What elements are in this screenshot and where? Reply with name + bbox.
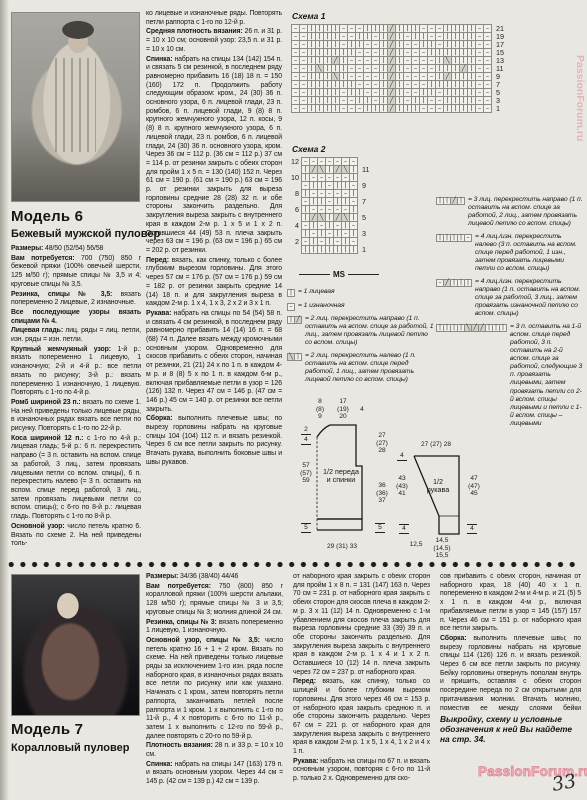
- para-text: набрать на спицы 134 (142) 154 п. и связ…: [146, 56, 282, 254]
- para-text: ко лицевые и изнаночные ряды. Повторять …: [146, 10, 282, 26]
- side-watermark: PassionForum.ru: [574, 55, 586, 141]
- para-label: Рукава:: [146, 310, 171, 317]
- legend-symbol: ╲|: [288, 353, 302, 361]
- chart-cell: |: [464, 279, 472, 287]
- sleeve-bottom-right-measure: 14,5 (14,5) 15,5: [430, 537, 454, 560]
- legend-item: ||||╲╱╱|||= 3 п. оставить на 1-й вспом. …: [437, 323, 584, 428]
- para-text: вязать, как спинку, только с более глубо…: [146, 257, 282, 308]
- schema1-title: Схема 1: [292, 11, 326, 21]
- model6-column-2: ко лицевые и изнаночные ряды. Повторять …: [146, 10, 282, 472]
- legend-item: –╱|||= 4 лиц./изн. перекрестить направо …: [437, 278, 584, 318]
- para-label: Основной узор, спицы № 3,5:: [146, 637, 260, 644]
- para-label: Перед:: [146, 257, 169, 264]
- para-label: Средняя плотность вязания:: [146, 28, 243, 35]
- chart-cell: |: [294, 353, 302, 361]
- legend-symbol: |╱: [288, 316, 302, 324]
- para-text: число петель кратно 16 + 1 + 2 кром. Вяз…: [146, 637, 283, 740]
- legend-text: = 2 лиц. перекрестить направо (1 п. оста…: [305, 315, 434, 347]
- sleeve-left-top-measure: 4: [397, 452, 407, 461]
- front-right-top-measure: 27 (27) 28: [372, 432, 392, 455]
- chart-row: |||||||1: [288, 245, 369, 254]
- model7-column-2: от наборного края закрыть с обеих сторон…: [293, 573, 430, 797]
- sleeve-top-measure: 27 (27) 28: [410, 441, 462, 449]
- section-divider-dots: [8, 561, 580, 568]
- row-number-right: 7: [362, 197, 366, 206]
- para-label: Сборка:: [146, 415, 172, 422]
- ms-line-right: [348, 274, 379, 275]
- chart-cell: –: [287, 303, 295, 311]
- legend-symbol: –: [288, 303, 295, 311]
- front-top-right-measure: 4: [357, 406, 367, 414]
- legend-item: ||||–= 4 лиц./изн. перекрестить налево (…: [437, 233, 584, 273]
- chart-cell: |: [349, 245, 358, 254]
- para-label: Резинка, спицы № 3:: [146, 619, 217, 626]
- legend-text: = 1 лицевая: [298, 288, 335, 296]
- front-neck-front-measure: 4: [301, 436, 311, 445]
- model6-title: Модель 6: [11, 208, 83, 225]
- front-right-bottom-measure: 5: [375, 523, 385, 533]
- chart-cell: –: [464, 234, 472, 242]
- sleeve-bottom-left-measure: 12,5: [405, 541, 427, 549]
- legend-text: = 2 лиц. перекрестить налево (1 п. остав…: [305, 352, 434, 384]
- sleeve-schematic: [412, 455, 462, 537]
- para-label: Лицевая гладь:: [11, 327, 63, 334]
- front-top-mid-measure: 17 (19) 20: [334, 398, 352, 421]
- chart-cell: ╱: [294, 316, 302, 324]
- sleeve-right-bottom-measure: 4: [467, 524, 477, 534]
- legend-text: = 3 п. оставить на 1-й вспом. спице пере…: [510, 323, 584, 428]
- para-label: Перед:: [293, 678, 316, 685]
- photo-cable-texture: [55, 58, 96, 152]
- front-left-measure: 57 (57) 59: [298, 462, 314, 485]
- para-label: Ромб шириной 23 п.:: [11, 399, 81, 406]
- para-label: Спинка:: [146, 56, 172, 63]
- legend-symbol: –╱|||: [437, 279, 472, 287]
- model7-photo: [11, 574, 140, 716]
- model7-subtitle: Коралловый пуловер: [11, 742, 129, 754]
- model7-title: Модель 7: [11, 721, 83, 738]
- chart-cell: |: [499, 324, 507, 332]
- model6-column-1: Размеры: 48/50 (52/54) 56/58 Вам потребу…: [11, 245, 141, 547]
- legend-text: = 1 изнаночная: [298, 302, 344, 310]
- para-text: выполнить плечевые швы; по вырезу горлов…: [146, 415, 282, 466]
- magazine-page: Модель 6 Бежевый мужской пуловер Размеры…: [0, 0, 587, 800]
- row-number-left: [288, 245, 299, 254]
- para-label: Коса шириной 12 п.:: [11, 435, 83, 442]
- para-label: Плотность вязания:: [146, 742, 213, 749]
- row-number-right: 3: [362, 229, 366, 238]
- ms-label: MS: [333, 270, 345, 279]
- legend-symbol: |: [288, 289, 295, 297]
- para-text: с 1-го по 4-й р.: лицевая гладь; 5-й р.:…: [11, 435, 141, 520]
- legend-item: |= 1 лицевая: [288, 288, 434, 297]
- front-back-label: 1/2 переда и спинки: [318, 468, 364, 485]
- para-text: от наборного края закрыть с обеих сторон…: [293, 573, 430, 676]
- para-text: вязать, как спинку, только со шлицей и б…: [293, 678, 430, 755]
- row-number-right: 1: [496, 104, 500, 113]
- model6-photo: [11, 12, 140, 202]
- sleeve-left-measure: 43 (43) 41: [394, 475, 410, 498]
- para-text: выполнить плечевые швы; по вырезу горлов…: [440, 635, 581, 711]
- legend-text: = 4 лиц./изн. перекрестить направо (1 п.…: [475, 278, 584, 318]
- row-number-right: 5: [362, 213, 366, 222]
- legend-item: |╱= 2 лиц. перекрестить направо (1 п. ос…: [288, 315, 434, 347]
- model6-subtitle: Бежевый мужской пуловер: [11, 228, 160, 240]
- legend-text: = 3 лиц. перекрестить направо (1 п. оста…: [468, 196, 584, 228]
- front-top-left-measure: 8 (8) 9: [313, 398, 327, 421]
- pattern-reference-note: Выкройку, схему и условные обозначения к…: [440, 714, 582, 744]
- page-number-scribble: 33: [550, 770, 578, 796]
- para-text: 1-й р.: вязать попеременно 1 лицевую, 1 …: [11, 346, 141, 397]
- chart-cell: |: [457, 197, 465, 205]
- schema1-chart: ––||||–––|||╱|||–––||||––21––||||––||–|╱…: [292, 25, 504, 113]
- legend-left-column: |= 1 лицевая–= 1 изнаночная|╱= 2 лиц. пе…: [288, 288, 434, 389]
- para-text: сов прибавить с обеих сторон, начиная от…: [440, 573, 581, 632]
- para-label: Основной узор:: [11, 523, 65, 530]
- front-neck-back-measure: 2: [301, 426, 311, 435]
- sleeve-left-bottom-measure: 4: [399, 524, 409, 534]
- row-number-right: 11: [362, 165, 369, 174]
- para-label: Размеры:: [11, 245, 43, 252]
- para-label: Вам потребуется:: [146, 583, 211, 590]
- para-label: Спинка:: [146, 761, 172, 768]
- legend-symbol: ||╱|: [437, 197, 465, 205]
- row-number-right: 1: [362, 245, 366, 254]
- para-label: Размеры:: [146, 573, 178, 580]
- para-label: Крупный жемчужный узор:: [11, 346, 111, 353]
- para-text: набрать на спицы по 54 (54) 58 п. и связ…: [146, 310, 282, 413]
- para-text: 34/36 (38/40) 44/46: [180, 573, 238, 580]
- schema2-chart: 12–––––––|╱╲|╱╲|1110|–––––|–||–||–98|–––…: [288, 158, 369, 254]
- legend-text: = 4 лиц./изн. перекрестить налево (3 п. …: [475, 233, 584, 273]
- row-number-right: 9: [362, 181, 366, 190]
- legend-item: –= 1 изнаночная: [288, 302, 434, 311]
- legend-symbol: ||||–: [437, 234, 472, 242]
- front-bottom-measure: 29 (31) 33: [316, 543, 368, 551]
- para-label: Резинка, спицы № 3,5:: [11, 291, 112, 298]
- para-label: Сборка:: [440, 635, 466, 642]
- legend-item: ╲|= 2 лиц. перекрестить налево (1 п. ост…: [288, 352, 434, 384]
- legend-item: ||╱|= 3 лиц. перекрестить направо (1 п. …: [437, 196, 584, 228]
- para-text: 48/50 (52/54) 56/58: [45, 245, 103, 252]
- model7-column-1: Размеры: 34/36 (38/40) 44/46 Вам потребу…: [146, 573, 283, 797]
- chart-cell: –: [483, 104, 492, 113]
- para-label: Все последующие узоры вязать спицами № 4…: [11, 309, 141, 325]
- legend-symbol: ||||╲╱╱|||: [437, 324, 507, 332]
- front-right-mid-measure: 36 (36) 37: [372, 482, 392, 505]
- para-label: Рукава:: [293, 758, 318, 765]
- chart-cell: |: [287, 289, 295, 297]
- front-left-bottom-measure: 5: [301, 523, 311, 533]
- chart-row: ––||||–––|||╱|||–––||||––1: [292, 104, 504, 113]
- legend-right-column: ||╱|= 3 лиц. перекрестить направо (1 п. …: [437, 196, 584, 433]
- ms-line-left: [299, 274, 330, 275]
- sleeve-right-measure: 47 (47) 45: [465, 475, 483, 498]
- para-label: Вам потребуется:: [11, 255, 75, 262]
- sleeve-label: 1/2 рукава: [418, 478, 458, 495]
- model7-column-3: сов прибавить с обеих сторон, начиная от…: [440, 573, 581, 711]
- schema2-title: Схема 2: [292, 144, 326, 154]
- schema2-repeat-marker: MS: [296, 270, 382, 279]
